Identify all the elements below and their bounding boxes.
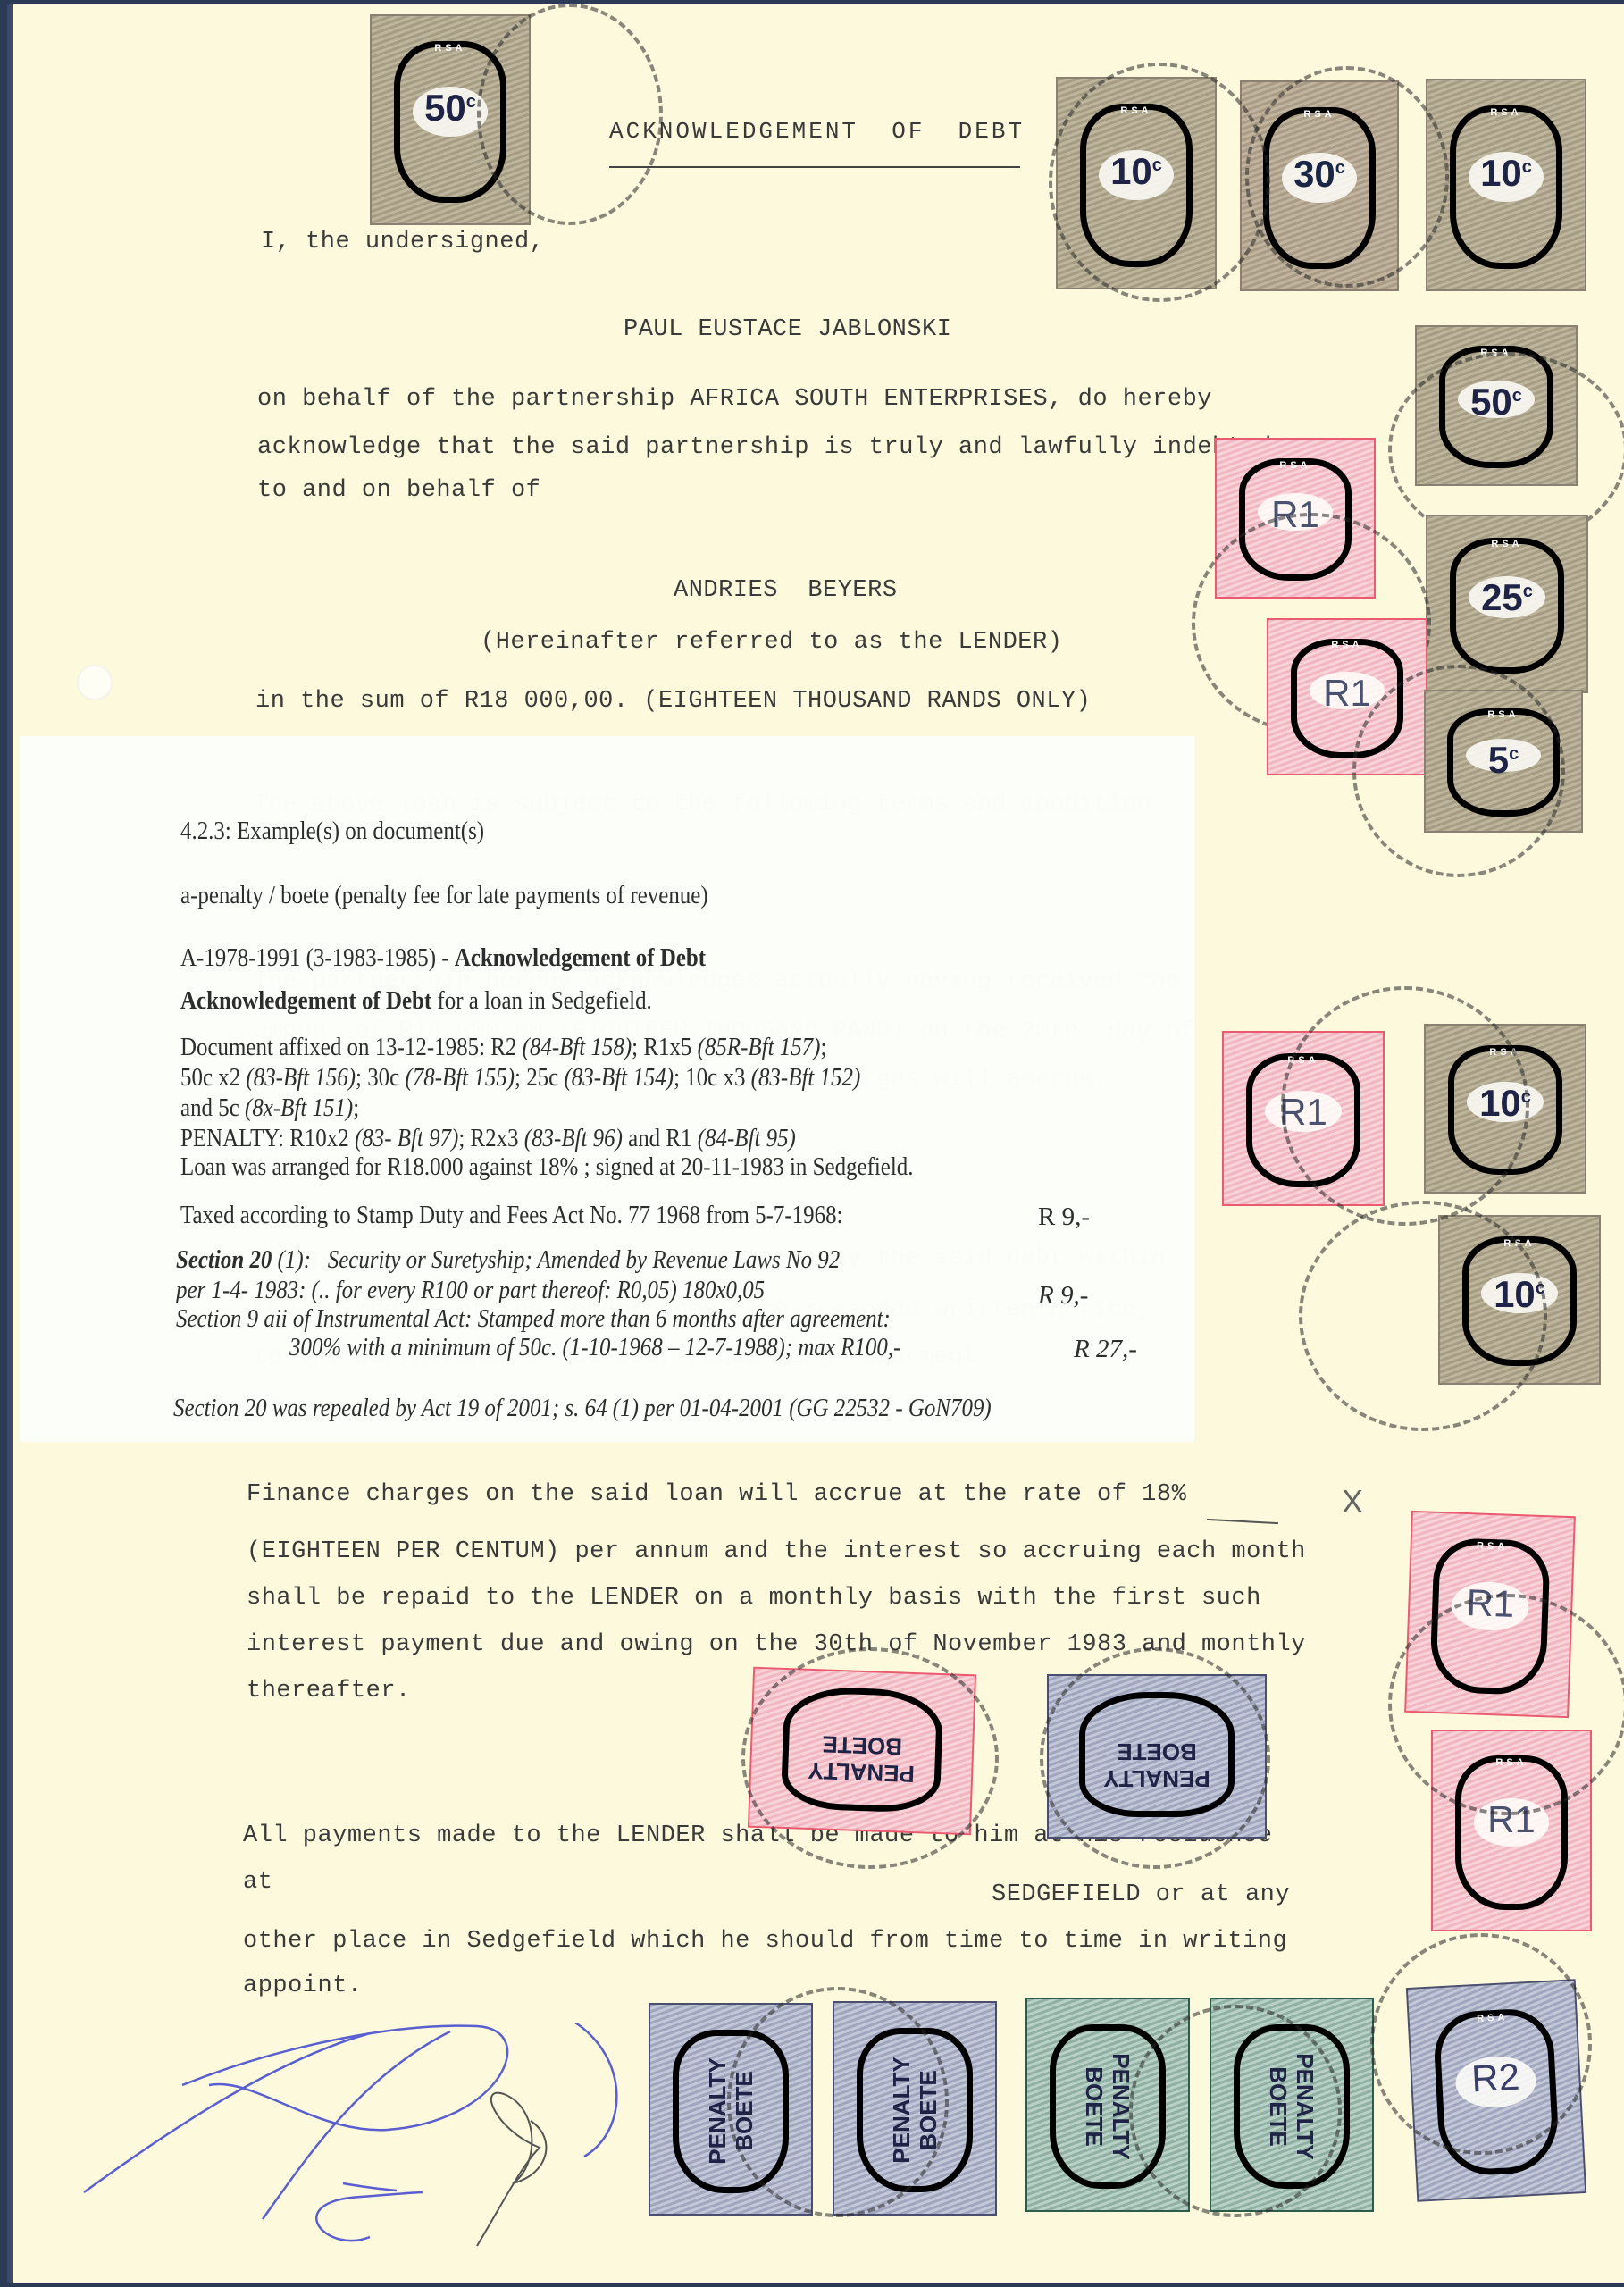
annotation-panel: 4.2.3: Example(s) on document(s) a-penal… — [20, 736, 1194, 1442]
payments-line-3: other place in Sedgefield which he shoul… — [243, 1928, 1287, 1955]
behalf-line-2: acknowledge that the said partnership is… — [257, 434, 1272, 461]
sum-line: in the sum of R18 000,00. (EIGHTEEN THOU… — [255, 688, 1091, 715]
annotation-subject: Acknowledgement of Debt for a loan in Se… — [180, 986, 652, 1016]
revenue-stamp-r1: RSA R1 — [1267, 618, 1427, 775]
behalf-line-1: on behalf of the partnership AFRICA SOUT… — [257, 386, 1212, 413]
punch-hole — [77, 665, 113, 700]
annotation-section9-line2: 300% with a minimum of 50c. (1-10-1968 –… — [289, 1333, 900, 1362]
revenue-stamp-10c: RSA 10c — [1056, 77, 1217, 289]
taxed-amount: R 9,- — [1038, 1202, 1090, 1232]
lender-name: ANDRIES BEYERS — [674, 577, 898, 604]
annotation-repealed: Section 20 was repealed by Act 19 of 200… — [173, 1394, 992, 1423]
annotation-category: a-penalty / boete (penalty fee for late … — [180, 881, 708, 910]
revenue-stamp-10c: RSA 10c — [1438, 1215, 1601, 1385]
annotation-section9-line1: Section 9 aii of Instrumental Act: Stamp… — [176, 1304, 891, 1334]
penalty-stamp-r2: PENALTYBOETE — [649, 2003, 813, 2216]
finance-line-2: (EIGHTEEN PER CENTUM) per annum and the … — [247, 1538, 1306, 1565]
annotation-section20-line2: per 1-4- 1983: (.. for every R100 or par… — [176, 1276, 765, 1305]
revenue-stamp-30c: RSA 30c — [1240, 80, 1399, 291]
payments-line-2b: SEDGEFIELD or at any — [992, 1881, 1290, 1908]
lender-reference: (Hereinafter referred to as the LENDER) — [481, 629, 1062, 656]
section9-amount: R 27,- — [1074, 1335, 1137, 1364]
revenue-stamp-r1: RSA R1 — [1215, 438, 1376, 599]
penalty-stamp-r10: PENALTYBOETE — [1210, 1998, 1374, 2212]
revenue-stamp-r2: RSA R2 — [1406, 1979, 1586, 2202]
behalf-line-3: to and on behalf of — [257, 477, 540, 504]
finance-line-5: thereafter. — [247, 1678, 411, 1705]
penalty-stamp-r2: PENALTYBOETE — [1047, 1674, 1267, 1839]
finance-line-4: interest payment due and owing on the 30… — [247, 1631, 1306, 1658]
penalty-stamp-r10: PENALTYBOETE — [1025, 1998, 1190, 2212]
document-title: ACKNOWLEDGEMENT OF DEBT — [609, 118, 1025, 145]
revenue-stamp-5c: RSA 5c — [1424, 690, 1583, 833]
revenue-stamp-50c: RSA 50c — [1415, 325, 1578, 486]
annotation-affixed-line-3: and 5c (8x-Bft 151); — [180, 1093, 359, 1123]
undersigned-line: I, the undersigned, — [261, 229, 544, 256]
revenue-stamp-r1: RSA R1 — [1222, 1031, 1385, 1206]
annotation-section20: Section 20 (1): Security or Suretyship; … — [176, 1245, 840, 1275]
annotation-taxed-line: Taxed according to Stamp Duty and Fees A… — [180, 1201, 842, 1230]
finance-line-3: shall be repaid to the LENDER on a month… — [247, 1585, 1261, 1612]
revenue-stamp-r1: RSA R1 — [1431, 1730, 1592, 1931]
revenue-stamp-r1: RSA R1 — [1404, 1511, 1576, 1718]
revenue-stamp-10c: RSA 10c — [1426, 79, 1586, 291]
annotation-affixed-line-2: 50c x2 (83-Bft 156); 30c (78-Bft 155); 2… — [180, 1063, 860, 1093]
penalty-stamp-r2: PENALTYBOETE — [833, 2001, 997, 2216]
title-underline — [609, 166, 1020, 168]
revenue-stamp-50c: RSA 50c — [370, 14, 531, 225]
payments-line-4: appoint. — [243, 1973, 363, 1999]
finance-line-1: Finance charges on the said loan will ac… — [247, 1481, 1186, 1508]
margin-x-mark: X — [1342, 1483, 1363, 1520]
annotation-series: A-1978-1991 (3-1983-1985) - Acknowledgem… — [180, 943, 706, 973]
document-page: ACKNOWLEDGEMENT OF DEBT I, the undersign… — [7, 4, 1624, 2283]
annotation-loan-line: Loan was arranged for R18.000 against 18… — [180, 1152, 914, 1182]
rate-underline — [1207, 1519, 1278, 1524]
revenue-stamp-25c: RSA 25c — [1426, 515, 1588, 693]
annotation-penalty-line: PENALTY: R10x2 (83- Bft 97); R2x3 (83-Bf… — [180, 1124, 796, 1153]
debtor-name: PAUL EUSTACE JABLONSKI — [624, 316, 951, 343]
payments-line-2a: at — [243, 1869, 272, 1896]
section20-amount: R 9,- — [1038, 1281, 1088, 1311]
annotation-heading: 4.2.3: Example(s) on document(s) — [180, 817, 484, 846]
annotation-affixed-line-1: Document affixed on 13-12-1985: R2 (84-B… — [180, 1033, 826, 1062]
penalty-stamp-r1: PENALTYBOETE — [748, 1667, 976, 1836]
signature-scribble — [75, 2023, 700, 2255]
revenue-stamp-10c: RSA 10c — [1424, 1024, 1586, 1194]
